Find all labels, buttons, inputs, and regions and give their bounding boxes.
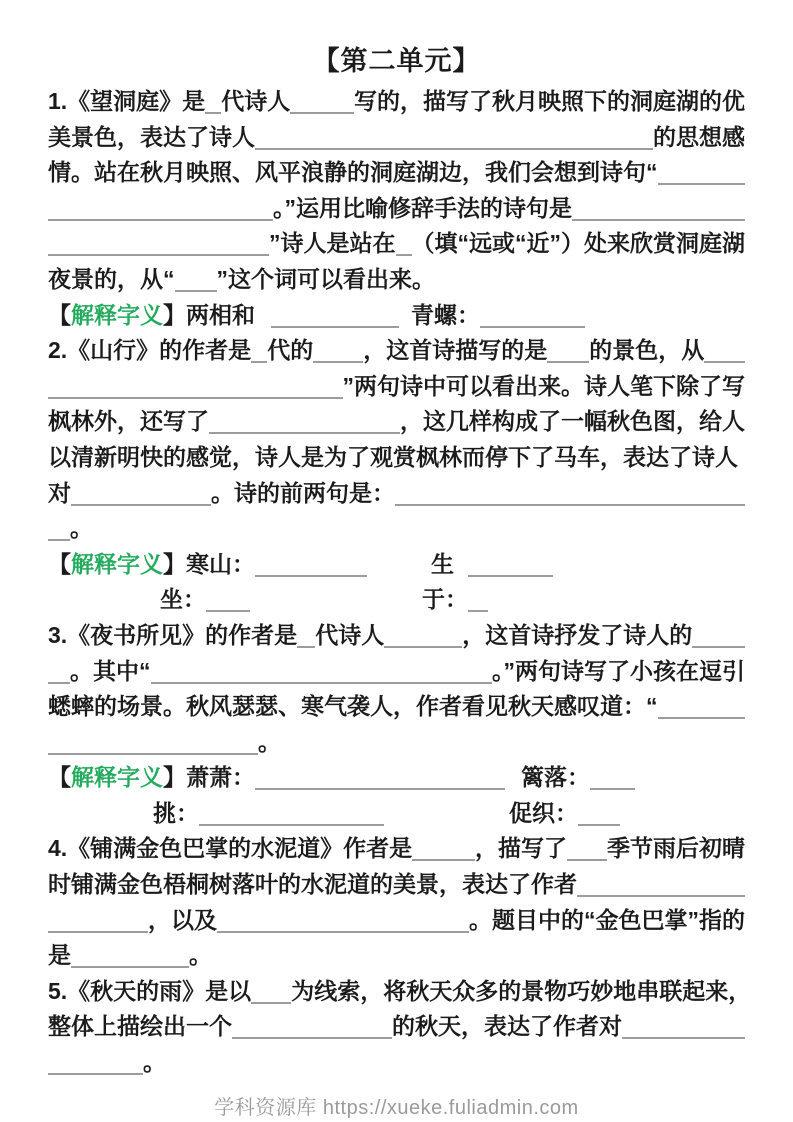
spacer [454,571,468,572]
answer-blank [255,575,367,577]
answer-blank [251,1002,291,1004]
text-run: 挑： [153,796,199,832]
text-run: ”这个词可以看出来。 [217,262,436,298]
answer-blank [48,397,343,399]
answer-blank [567,859,607,861]
answer-blank [658,717,746,719]
text-run: 是 [48,938,71,974]
answer-blank [290,112,354,114]
text-run: 4.《铺满金色巴掌的水泥道》作者是 [48,831,412,867]
text-run: 。”运用比喻修辞手法的诗句是 [273,191,572,227]
answer-blank [48,931,148,933]
text-run: ，这首诗描写的是 [363,333,547,369]
q3-line2: 。其中“。”两句诗写了小孩在逗引 [48,654,745,690]
text-run: 1.《望洞庭》是 [48,84,205,120]
text-run: 代诗人 [315,618,384,654]
spacer [384,820,509,821]
answer-blank [209,432,400,434]
text-run: 时铺满金色梧桐树落叶的水泥道的美景，表达了作者 [48,867,577,903]
answer-blank [199,824,384,826]
text-run: 2.《山行》的作者是 [48,333,251,369]
answer-blank [412,859,475,861]
answer-blank [48,753,258,755]
text-run: 5.《秋天的雨》是以 [48,974,251,1010]
q5-line2: 整体上描绘出一个的秋天，表达了作者对 [48,1009,745,1045]
text-run: （填“远或“近”）处来欣赏洞庭湖 [412,226,746,262]
answer-blank [578,824,620,826]
q2-line4: 以清新明快的感觉，诗人是为了观赏枫林而停下了马车，表达了诗人 [48,440,745,476]
q3-line3: 蟋蟀的场景。秋风瑟瑟、寒气袭人，作者看见秋天感叹道：“ [48,689,745,725]
text-run: 于： [422,582,468,618]
answer-blank [71,504,211,506]
text-run: 。题目中的“金色巴掌”指的 [469,903,745,939]
text-run: 写的，描写了秋月映照下的洞庭湖的优 [354,84,745,120]
q1-line1: 1.《望洞庭》是代诗人写的，描写了秋月映照下的洞庭湖的优 [48,84,745,120]
answer-blank [175,290,217,292]
text-run: 篱落： [521,760,590,796]
spacer [399,322,411,323]
spacer [250,606,422,607]
q4-line3: ，以及。题目中的“金色巴掌”指的 [48,903,745,939]
answer-blank [255,788,505,790]
q4-line1: 4.《铺满金色巴掌的水泥道》作者是，描写了季节雨后初晴 [48,831,745,867]
answer-blank [205,112,221,114]
answer-blank [48,1073,143,1075]
answer-blank [48,682,70,684]
text-run: ”诗人是站在 [269,226,396,262]
text-run: 坐： [160,582,206,618]
q1-line2: 美景色，表达了诗人的思想感 [48,120,745,156]
q1-line4: 。”运用比喻修辞手法的诗句是 [48,191,745,227]
q3-line1: 3.《夜书所见》的作者是代诗人，这首诗抒发了诗人的 [48,618,745,654]
q1-explain: 【解释字义】两相和青螺： [48,298,745,334]
q1-line6: 夜景的，从“”这个词可以看出来。 [48,262,745,298]
answer-blank [704,361,745,363]
answer-blank [396,254,412,256]
text-run: 代诗人 [221,84,290,120]
text-run: ，这几样构成了一幅秋色图，给人 [400,404,745,440]
q2-explain2: 坐：于： [48,582,745,618]
text-run: 。 [70,511,93,547]
q1-line5: ”诗人是站在（填“远或“近”）处来欣赏洞庭湖 [48,226,745,262]
q2-line5: 对。诗的前两句是： [48,476,745,512]
text-run: 为线索，将秋天众多的景物巧妙地串联起来，从 [291,974,745,1010]
q4-line2: 时铺满金色梧桐树落叶的水泥道的美景，表达了作者 [48,867,745,903]
answer-blank [590,788,635,790]
text-run: 枫林外，还写了 [48,404,209,440]
text-run: 【 [48,547,71,583]
unit-title: 【第二单元】 [48,42,745,80]
text-run: ，以及 [148,903,217,939]
q2-line3: 枫林外，还写了，这几样构成了一幅秋色图，给人 [48,404,745,440]
q5-line3: 。 [48,1045,745,1081]
worksheet-body: 1.《望洞庭》是代诗人写的，描写了秋月映照下的洞庭湖的优美景色，表达了诗人的思想… [48,84,745,1081]
text-run: 3.《夜书所见》的作者是 [48,618,297,654]
answer-blank [692,646,745,648]
text-run: 。诗的前两句是： [211,476,395,512]
text-run: 。 [258,725,281,761]
q5-line1: 5.《秋天的雨》是以为线索，将秋天众多的景物巧妙地串联起来，从 [48,974,745,1010]
answer-blank [151,682,493,684]
explain-label: 解释字义 [71,760,163,796]
text-run: 。 [189,938,212,974]
q2-line2: ”两句诗中可以看出来。诗人笔下除了写 [48,369,745,405]
footer-watermark: 学科资源库 https://xueke.fuliadmin.com [48,1091,745,1120]
explain-label: 解释字义 [71,298,163,334]
text-run: ，描写了 [475,831,567,867]
text-run: 季节雨后初晴 [607,831,745,867]
text-run: 。其中“ [70,654,151,690]
answer-blank [547,361,589,363]
text-run: 代的 [267,333,313,369]
answer-blank [217,931,469,933]
answer-blank [48,254,269,256]
spacer [367,571,431,572]
text-run: ，这首诗抒发了诗人的 [462,618,692,654]
text-run: 【 [48,760,71,796]
answer-blank [468,610,488,612]
text-run: 。”两句诗写了小孩在逗引 [492,654,745,690]
explain-label: 解释字义 [71,547,163,583]
text-run: 蟋蟀的场景。秋风瑟瑟、寒气袭人，作者看见秋天感叹道：“ [48,689,658,725]
text-run: 整体上描绘出一个 [48,1009,232,1045]
text-run: 生 [431,547,454,583]
answer-blank [577,895,745,897]
answer-blank [395,504,745,506]
q3-line4: 。 [48,725,745,761]
q2-line1: 2.《山行》的作者是代的，这首诗描写的是的景色，从 [48,333,745,369]
text-run: 夜景的，从“ [48,262,175,298]
text-run: 以清新明快的感觉，诗人是为了观赏枫林而停下了马车，表达了诗人 [48,440,738,476]
answer-blank [206,610,250,612]
answer-blank [297,646,315,648]
q3-explain2: 挑：促织： [48,796,745,832]
worksheet-page: 【第二单元】 1.《望洞庭》是代诗人写的，描写了秋月映照下的洞庭湖的优美景色，表… [0,0,793,1122]
answer-blank [480,326,585,328]
q3-explain1: 【解释字义】萧萧：篱落： [48,760,745,796]
answer-blank [313,361,363,363]
answer-blank [572,219,745,221]
spacer [255,322,271,323]
answer-blank [271,326,399,328]
text-run: 促织： [509,796,578,832]
q2-explain1: 【解释字义】寒山：生 [48,547,745,583]
text-run: 美景色，表达了诗人 [48,120,255,156]
spacer [505,784,521,785]
answer-blank [255,148,653,150]
text-run: ”两句诗中可以看出来。诗人笔下除了写 [343,369,746,405]
answer-blank [468,575,553,577]
text-run: 情。站在秋月映照、风平浪静的洞庭湖边，我们会想到诗句“ [48,155,658,191]
q1-line3: 情。站在秋月映照、风平浪静的洞庭湖边，我们会想到诗句“ [48,155,745,191]
q4-line4: 是。 [48,938,745,974]
text-run: 。 [143,1045,166,1081]
answer-blank [48,539,70,541]
text-run: 】寒山： [163,547,255,583]
text-run: 的秋天，表达了作者对 [392,1009,622,1045]
answer-blank [622,1037,745,1039]
text-run: 的思想感 [653,120,745,156]
text-run: 对 [48,476,71,512]
text-run: 青螺： [411,298,480,334]
answer-blank [71,966,189,968]
text-run: 】萧萧： [163,760,255,796]
answer-blank [48,219,273,221]
text-run: 的景色，从 [589,333,704,369]
text-run: 【 [48,298,71,334]
answer-blank [658,183,746,185]
q2-line6: 。 [48,511,745,547]
answer-blank [251,361,267,363]
answer-blank [384,646,462,648]
answer-blank [232,1037,392,1039]
text-run: 】两相和 [163,298,255,334]
